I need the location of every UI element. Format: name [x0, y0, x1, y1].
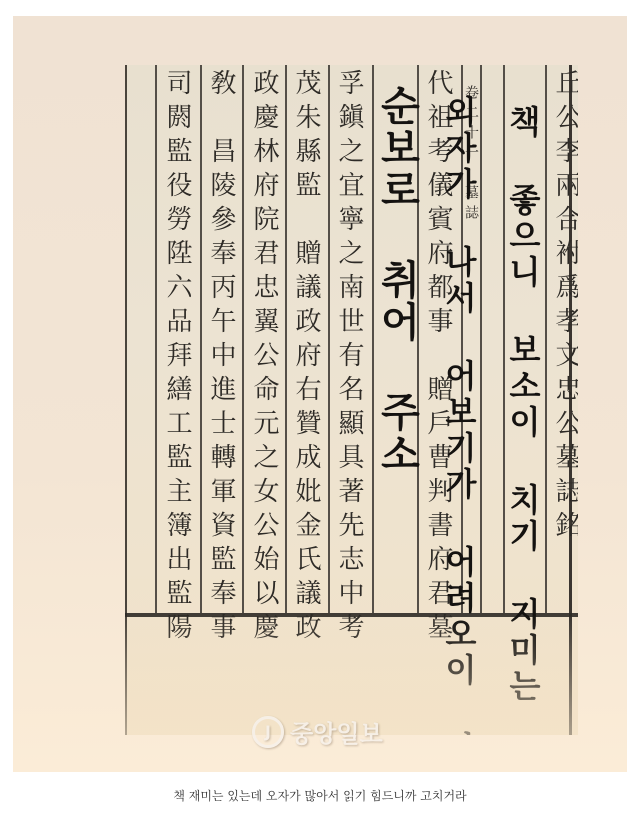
book-page: 司閼監役勞陞六品拜繕工監主簿出監陽 敎 昌陵參奉丙午中進士轉軍資監奉事 政慶林府… [125, 65, 578, 735]
printed-column: 敎 昌陵參奉丙午中進士轉軍資監奉事 [208, 69, 234, 647]
column-rule [200, 65, 202, 613]
column-rule [328, 65, 330, 613]
watermark-text: 중앙일보 [290, 714, 383, 749]
printed-column: 茂朱縣監 贈議政府右贊成妣金氏議政 [293, 69, 319, 647]
column-rule [545, 65, 547, 613]
printed-column: 司閼監役勞陞六品拜繕工監主簿出監陽 [164, 69, 190, 647]
joongang-logo-icon: J [252, 716, 284, 748]
column-rule [155, 65, 157, 613]
article-photo: 司閼監役勞陞六品拜繕工監主簿出監陽 敎 昌陵參奉丙午中進士轉軍資監奉事 政慶林府… [13, 16, 627, 772]
handwritten-note: 책 좋으니 보소이 치기 지미는 있는 다 [507, 105, 539, 665]
column-rule [242, 65, 244, 613]
column-rule [285, 65, 287, 613]
photo-caption: 책 재미는 있는데 오자가 많아서 읽기 힘드니까 고치거라 [0, 787, 640, 804]
printed-column: 孚鎭之宜寧之南世有名顯具著先志中考 [336, 69, 362, 647]
column-rule [480, 65, 482, 613]
printed-column: 政慶林府院君忠翼公命元之女公始以慶 [251, 69, 277, 647]
publisher-watermark: J 중앙일보 [252, 714, 383, 749]
handwritten-note: 순보로 취어 주소 [377, 85, 417, 405]
printed-column: 丘公李兩合袝爲孝文忠公墓誌銘 [553, 69, 578, 545]
